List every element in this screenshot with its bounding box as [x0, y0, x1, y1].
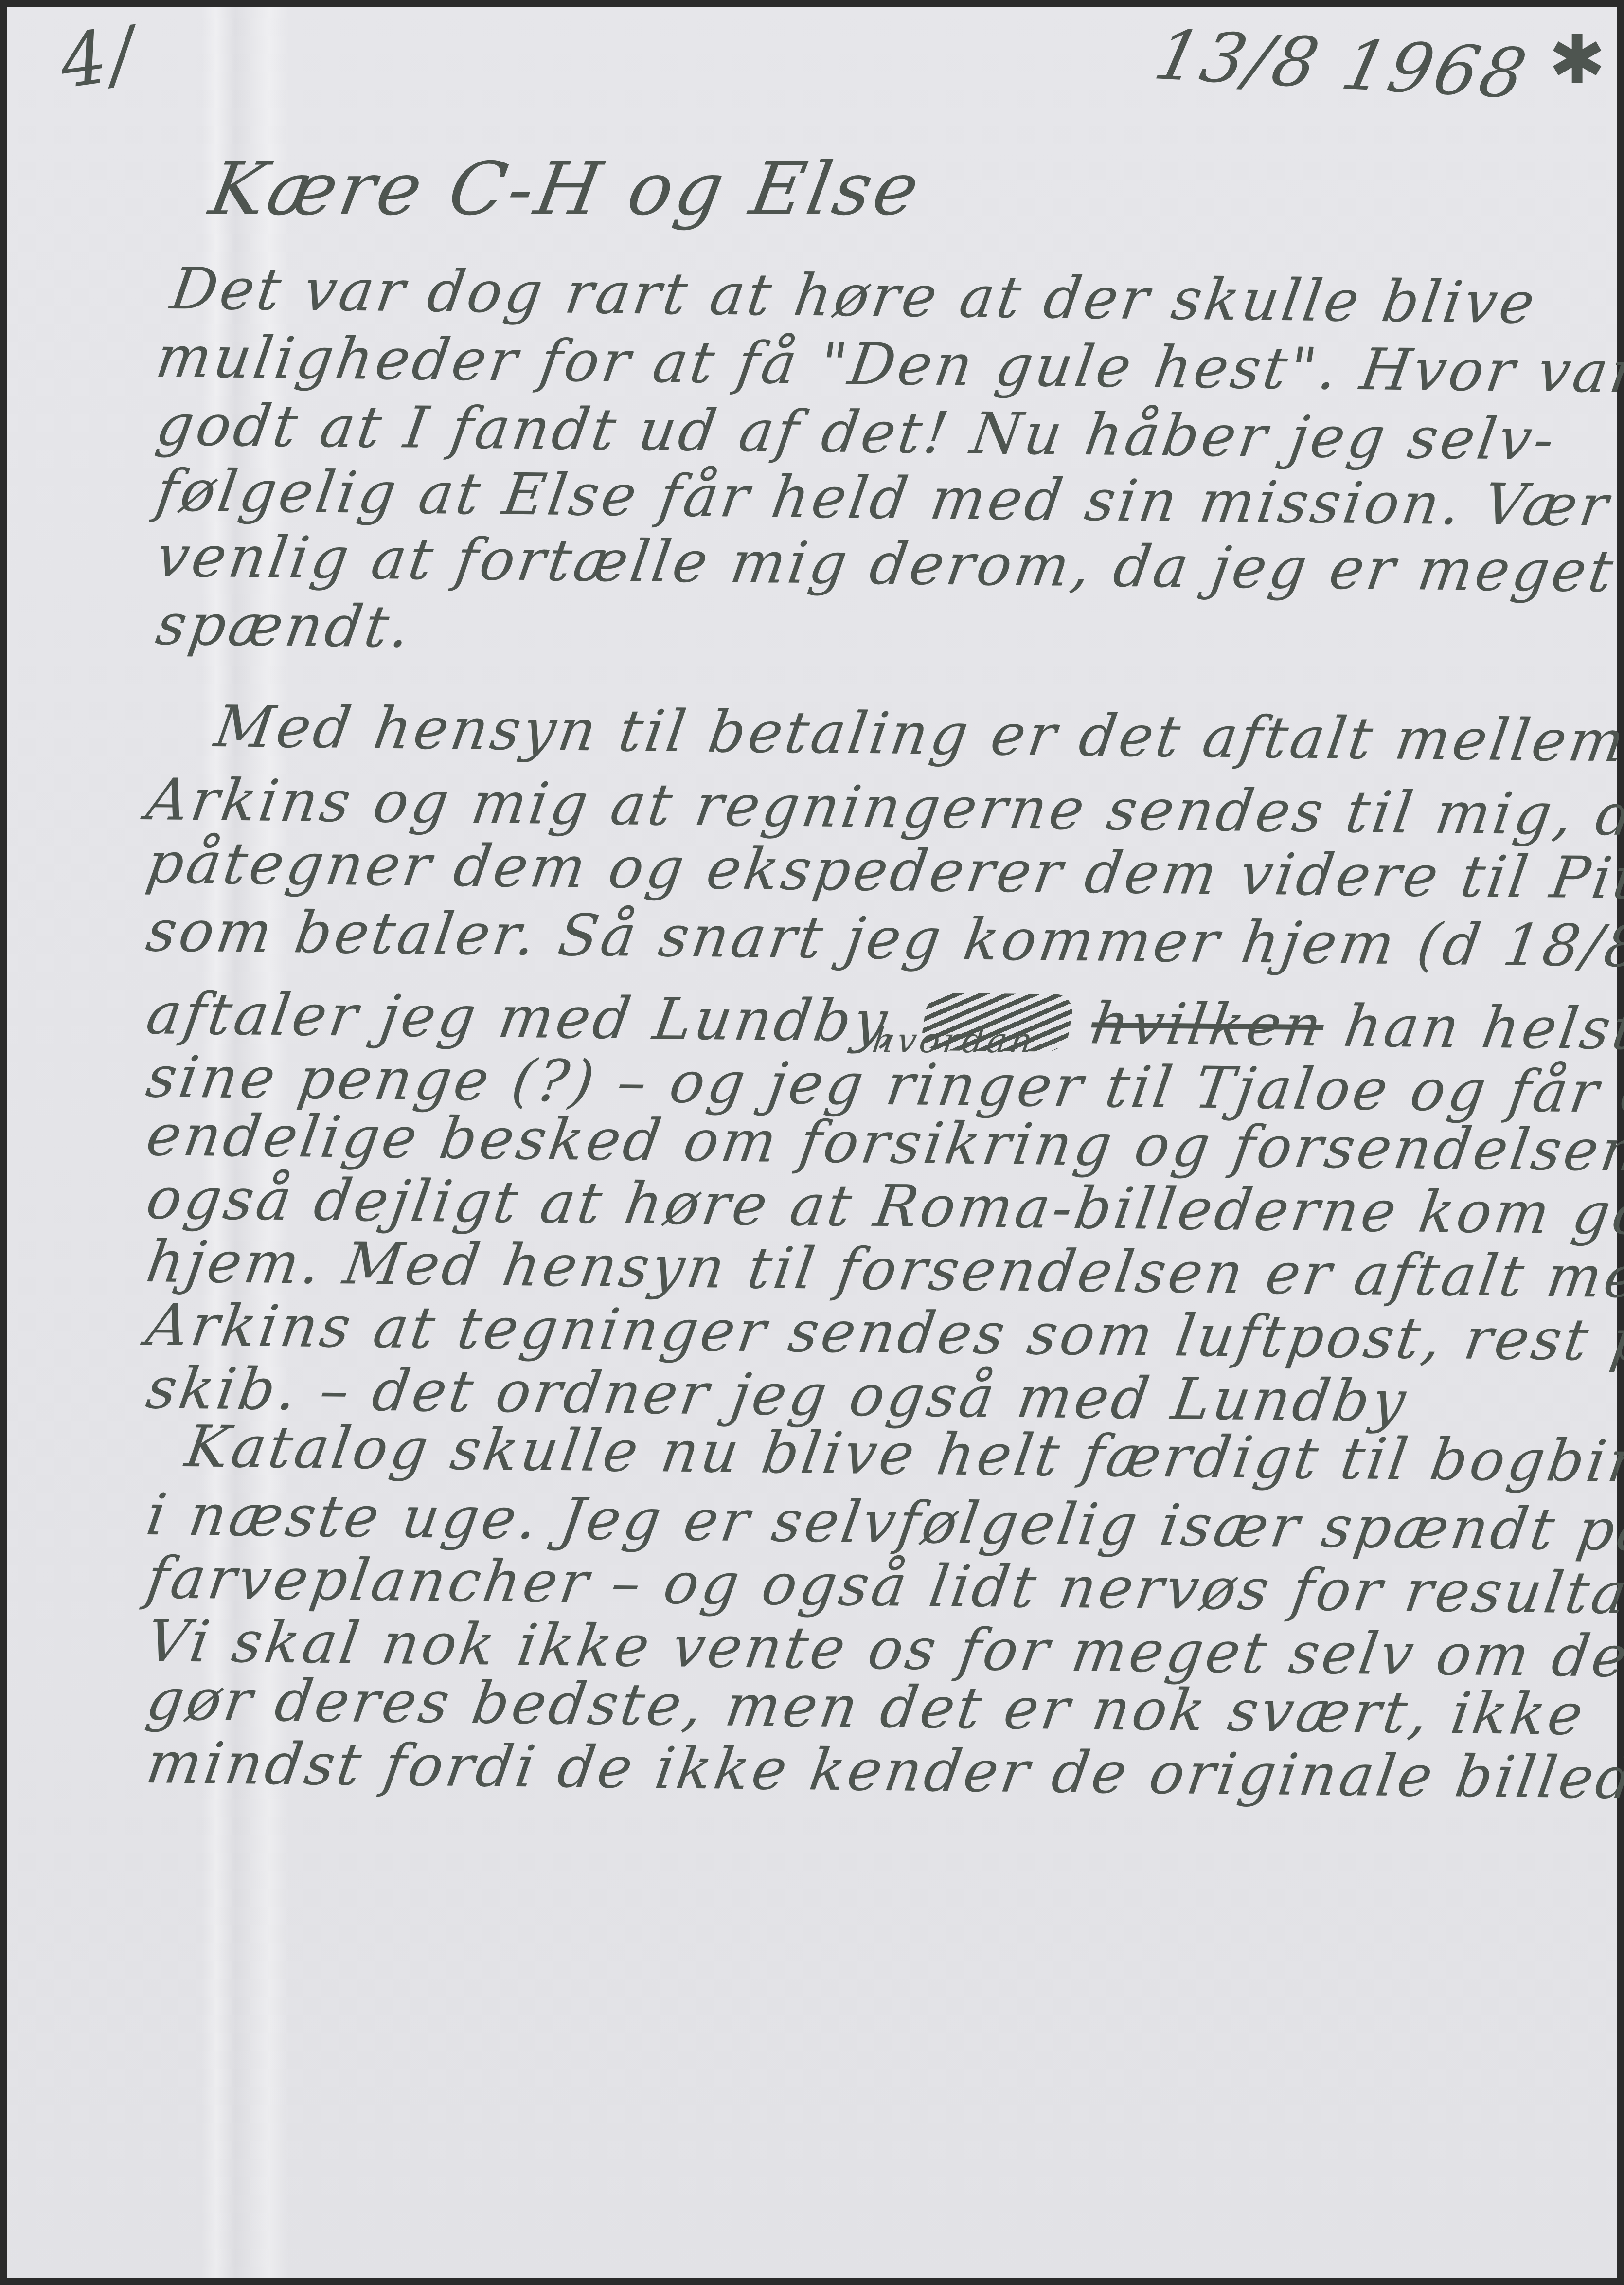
- struck-out-word-2: hvilken: [1087, 990, 1329, 1059]
- body-line-3: godt at I fandt ud af det! Nu håber jeg …: [153, 396, 1561, 468]
- page-number: 4/: [55, 17, 142, 100]
- body-line-11-text: aftaler jeg med Lundby,: [142, 980, 908, 1055]
- letter-date: 13/8 1968: [1149, 21, 1535, 109]
- salutation: Kære C-H og Else: [205, 153, 927, 226]
- body-line-7: Med hensyn til betaling er det aftalt me…: [211, 698, 1624, 770]
- body-line-9: påtegner dem og ekspederer dem videre ti…: [143, 834, 1624, 910]
- body-line-4: følgelig at Else får held med sin missio…: [153, 462, 1615, 534]
- body-line-11-tail: han helst vil have: [1340, 992, 1624, 1065]
- body-line-1: Det var dog rart at høre at der skulle b…: [167, 260, 1541, 331]
- body-line-6: spændt.: [153, 595, 416, 655]
- body-line-10: som betaler. Så snart jeg kommer hjem (d…: [143, 902, 1624, 975]
- letter-page: 4/ 13/8 1968 ✱ Kære C-H og Else Det var …: [7, 7, 1617, 2278]
- body-line-5: venlig at fortælle mig derom, da jeg er …: [153, 527, 1619, 600]
- body-line-18: Katalog skulle nu blive helt færdigt til…: [182, 1418, 1624, 1492]
- struck-out-word: (hvi): [920, 993, 1075, 1052]
- corner-mark: ✱: [1549, 26, 1608, 94]
- body-line-2: muligheder for at få "Den gule hest". Hv…: [153, 328, 1624, 402]
- body-line-23: mindst fordi de ikke kender de originale…: [143, 1734, 1624, 1808]
